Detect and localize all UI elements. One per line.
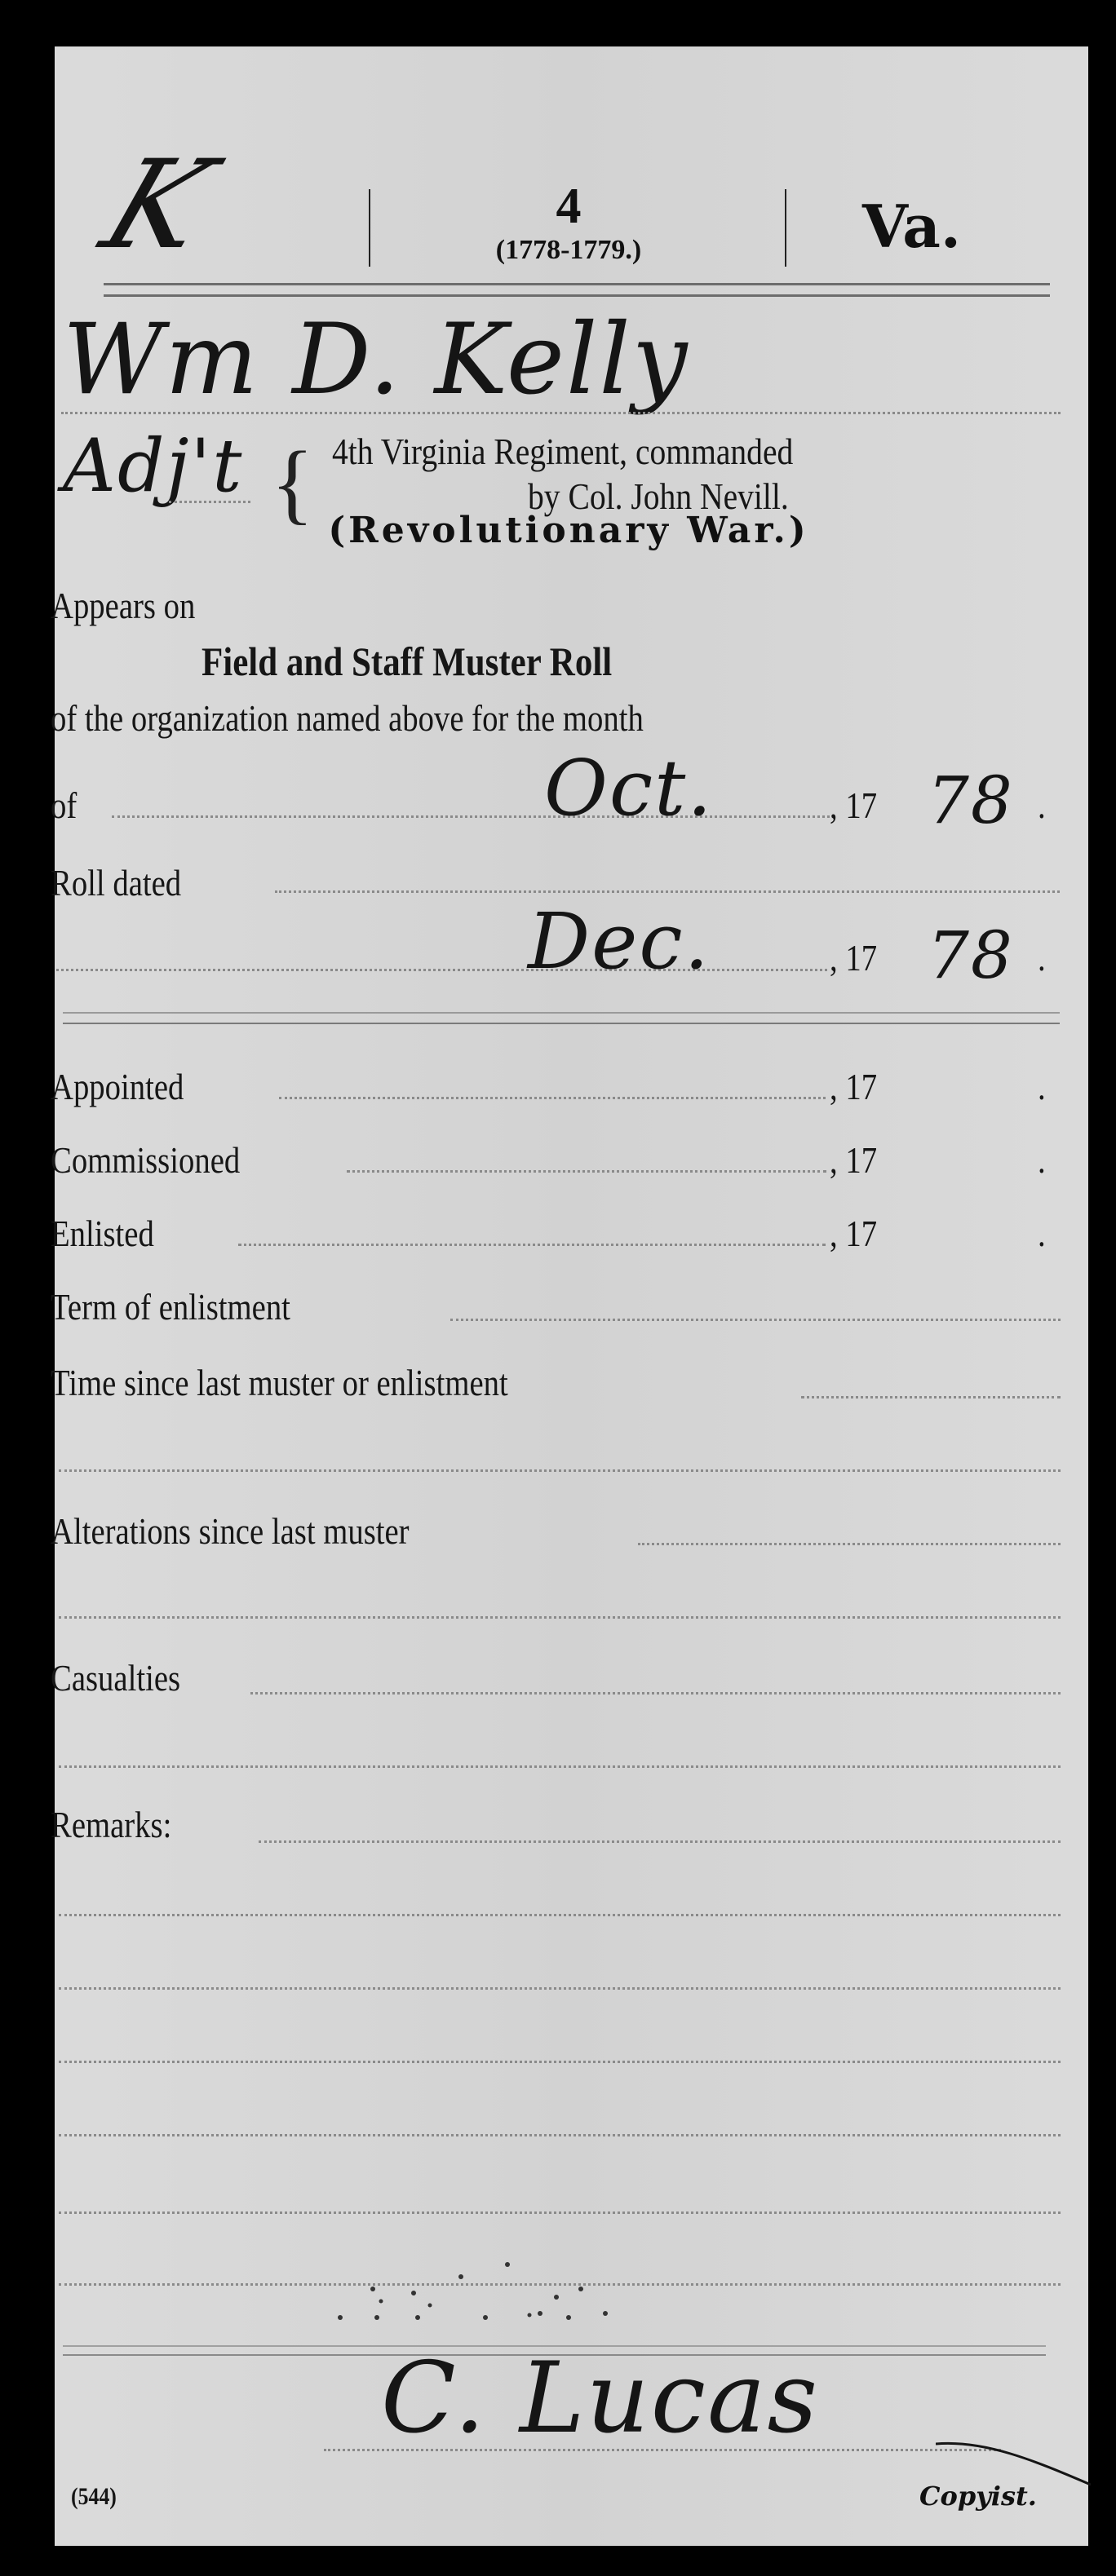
soldier-name-handwritten: Wm D. Kelly xyxy=(63,307,689,413)
section-divider-bottom xyxy=(63,1023,1060,1024)
roll-dated-label: Roll dated xyxy=(51,862,181,904)
war-title: (Revolutionary War.) xyxy=(218,510,919,551)
header-rule-top xyxy=(104,283,1050,285)
years-range: (1778-1779.) xyxy=(463,236,675,265)
appointed-dotted-line xyxy=(279,1097,826,1099)
rank-dotted-line xyxy=(169,501,250,503)
commissioned-dotted-line xyxy=(347,1170,826,1173)
state-abbrev: Va. xyxy=(862,197,961,256)
roll-description: of the organization named above for the … xyxy=(51,697,644,740)
appears-on-label: Appears on xyxy=(51,585,195,627)
header-rule-bottom xyxy=(104,294,1050,297)
organization-line-1: 4th Virginia Regiment, commanded xyxy=(332,430,793,473)
name-dotted-line xyxy=(61,412,1061,414)
initial-handwritten: K xyxy=(90,144,228,267)
rank-handwritten: Adj't xyxy=(63,426,243,507)
roll-dated-dotted-line-2 xyxy=(56,969,827,971)
remarks-dotted-line-1 xyxy=(259,1840,1061,1843)
of-dotted-line xyxy=(112,815,830,818)
copyist-signature-handwritten: C. Lucas xyxy=(381,2346,819,2452)
commissioned-label: Commissioned xyxy=(51,1139,240,1182)
term-of-enlistment-label: Term of enlistment xyxy=(51,1286,290,1328)
time-since-muster-label: Time since last muster or enlistment xyxy=(51,1362,508,1404)
remarks-dotted-line-6 xyxy=(59,2211,1061,2214)
remarks-dotted-line-2 xyxy=(59,1914,1061,1916)
faded-stamp-marks xyxy=(332,2240,675,2338)
enlisted-label: Enlisted xyxy=(51,1213,154,1255)
copyist-label: Copyist. xyxy=(919,2481,1037,2512)
header-divider-left xyxy=(369,189,370,267)
casualties-dotted-line-2 xyxy=(59,1765,1061,1768)
appointed-year: , 17 xyxy=(830,1066,877,1108)
time-since-dotted-line-2 xyxy=(59,1469,1061,1472)
roll-dated-dotted-line-1 xyxy=(275,890,1060,893)
roll-dated-year-prefix: , 17 xyxy=(830,937,877,979)
of-year-period: . xyxy=(1038,784,1046,827)
roll-dated-year-handwritten: 78 xyxy=(928,919,1014,992)
remarks-dotted-line-5 xyxy=(59,2134,1061,2136)
header-divider-right xyxy=(785,189,786,267)
commissioned-period: . xyxy=(1038,1139,1046,1182)
of-label: of xyxy=(51,784,77,827)
term-dotted-line xyxy=(450,1319,1061,1321)
of-year-handwritten: 78 xyxy=(928,764,1014,837)
of-month-handwritten: Oct. xyxy=(544,748,713,829)
casualties-dotted-line-1 xyxy=(250,1692,1061,1695)
remarks-dotted-line-3 xyxy=(59,1987,1061,1990)
remarks-label: Remarks: xyxy=(51,1804,171,1846)
muster-roll-card: K 4 (1778-1779.) Va. Wm D. Kelly Adj't {… xyxy=(55,46,1088,2546)
regiment-number: 4 xyxy=(511,181,626,232)
appointed-period: . xyxy=(1038,1066,1046,1108)
roll-title: Field and Staff Muster Roll xyxy=(201,638,612,685)
remarks-dotted-line-4 xyxy=(59,2061,1061,2063)
casualties-label: Casualties xyxy=(51,1657,180,1699)
form-number: (544) xyxy=(71,2483,117,2511)
enlisted-year: , 17 xyxy=(830,1213,877,1255)
alterations-dotted-line-2 xyxy=(59,1616,1061,1619)
section-divider-top xyxy=(63,1012,1060,1014)
roll-dated-month-handwritten: Dec. xyxy=(528,901,711,983)
of-year-prefix: , 17 xyxy=(830,784,877,827)
alterations-dotted-line-1 xyxy=(638,1543,1061,1545)
alterations-label: Alterations since last muster xyxy=(51,1510,410,1553)
enlisted-period: . xyxy=(1038,1213,1046,1255)
roll-dated-year-period: . xyxy=(1038,937,1046,979)
commissioned-year: , 17 xyxy=(830,1139,877,1182)
enlisted-dotted-line xyxy=(238,1244,826,1246)
appointed-label: Appointed xyxy=(51,1066,184,1108)
time-since-dotted-line-1 xyxy=(801,1396,1061,1398)
